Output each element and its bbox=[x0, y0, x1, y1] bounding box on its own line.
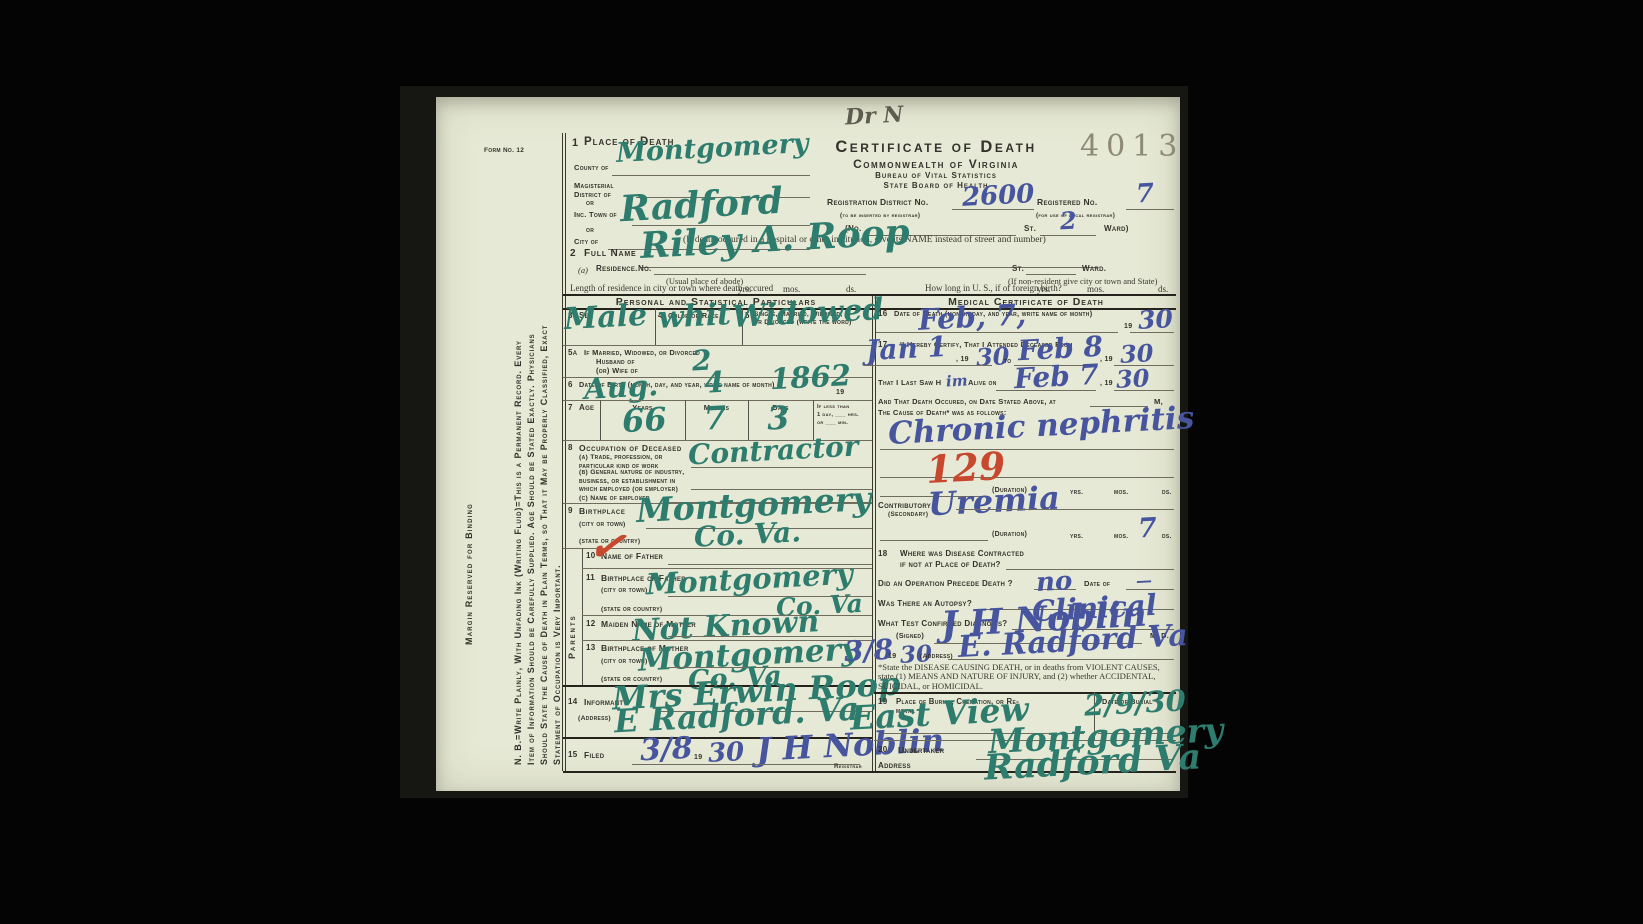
lastsaw-year-line bbox=[1114, 390, 1174, 391]
county-value: Montgomery bbox=[615, 130, 809, 167]
or-label-1: or bbox=[586, 200, 594, 207]
city-label: City of bbox=[574, 237, 598, 246]
mother-number: 12 bbox=[586, 619, 596, 628]
signed-label: (Signed) bbox=[896, 631, 924, 640]
undertaker-number: 20 bbox=[878, 745, 888, 754]
father-birthplace-city-label: (city or town) bbox=[601, 587, 648, 594]
birthplace-state-value: Co. Va. bbox=[693, 518, 801, 552]
occupation-a-line bbox=[691, 467, 872, 468]
length-mos-label: mos. bbox=[783, 284, 800, 294]
filed-19-print: 19 bbox=[694, 754, 702, 761]
duration-yrs-label: yrs. bbox=[1070, 489, 1083, 496]
sex-value: Male bbox=[563, 301, 648, 335]
informant-address-label: (Address) bbox=[578, 715, 611, 722]
lastsaw-value: Feb 7 bbox=[1013, 361, 1099, 393]
or-label-2: or bbox=[586, 227, 594, 234]
from-19-print: , 19 bbox=[956, 356, 969, 363]
dod-19-print: 19 bbox=[1124, 323, 1132, 330]
length-yrs-label: yrs. bbox=[738, 284, 751, 294]
dob-number: 6 bbox=[568, 380, 573, 389]
bureau-label: Bureau of Vital Statistics bbox=[820, 171, 1052, 180]
age-years-value: 66 bbox=[621, 403, 667, 437]
duration2-ds-label: ds. bbox=[1162, 533, 1172, 540]
fullname-label: Full Name bbox=[584, 248, 636, 259]
where-number: 18 bbox=[878, 549, 888, 558]
husband-of-label: Husband of bbox=[596, 357, 635, 366]
item5a-number: 5a bbox=[568, 348, 577, 357]
to-label: to bbox=[1004, 356, 1011, 365]
form-number: Form No. 12 bbox=[484, 147, 524, 154]
residence-st-line bbox=[1026, 274, 1076, 275]
residence-ward-label: Ward. bbox=[1082, 264, 1106, 273]
magisterial-district-label: Magisterial District of bbox=[574, 181, 614, 199]
from-line bbox=[864, 365, 992, 366]
item1-number: 1 bbox=[572, 137, 578, 149]
county-label: County of bbox=[574, 163, 609, 172]
age-ifless-label: If less than 1 day, ___ hrs. or ___ min. bbox=[817, 403, 859, 427]
lastsaw-him-hw: im bbox=[946, 373, 968, 389]
registration-district-label: Registration District No. bbox=[827, 197, 929, 207]
margin-nb-note: N. B.=Write Plainly, With Unfading Ink (… bbox=[512, 325, 564, 765]
fullname-line bbox=[640, 267, 1098, 268]
filed-line bbox=[632, 764, 860, 765]
father-birthplace-number: 11 bbox=[586, 573, 595, 582]
howlong-ds-label: ds. bbox=[1158, 284, 1168, 294]
where-label-1: Where was Disease Contracted bbox=[900, 549, 1024, 558]
duration2-ds-value: 7 bbox=[1137, 515, 1157, 543]
inc-town-label: Inc. Town of bbox=[574, 210, 617, 219]
duration-mos-label: mos. bbox=[1114, 489, 1128, 496]
dod-number: 16 bbox=[878, 309, 888, 318]
dob-19-print: 19 bbox=[836, 389, 844, 396]
occupation-number: 8 bbox=[568, 443, 573, 452]
parents-vertical-label: Parents bbox=[567, 614, 577, 659]
sex-race-divider bbox=[655, 308, 656, 345]
dod-year-value: 30 bbox=[1137, 306, 1173, 333]
mother-birthplace-number: 13 bbox=[586, 643, 596, 652]
occupation-label: Occupation of Deceased bbox=[579, 443, 682, 453]
race-value: whit bbox=[657, 300, 731, 334]
filed-year-value: 30 bbox=[707, 739, 744, 767]
where-label-2: if not at Place of Death? bbox=[900, 560, 1001, 569]
undertaker-label: Undertaker bbox=[898, 745, 944, 755]
registered-no-line bbox=[1126, 209, 1174, 210]
nb-line-1: N. B.=Write Plainly, With Unfading Ink (… bbox=[512, 325, 525, 765]
operation-label: Did an Operation Precede Death ? bbox=[878, 579, 1013, 588]
pencil-note: Dr N bbox=[844, 103, 904, 128]
age-days-value: 3 bbox=[766, 401, 790, 434]
filed-number: 15 bbox=[568, 750, 578, 759]
dod-year-line bbox=[1130, 332, 1174, 333]
age-number: 7 bbox=[568, 403, 573, 412]
duration2-yrs-label: yrs. bbox=[1070, 533, 1083, 540]
contributory-value: Uremia bbox=[927, 482, 1060, 521]
lastsaw-year-value: 30 bbox=[1115, 366, 1150, 392]
row-rule bbox=[563, 345, 872, 346]
howlong-mos-label: mos. bbox=[1087, 284, 1104, 294]
residence-st-label: St. bbox=[1012, 264, 1024, 273]
sign-19-print: 19 bbox=[888, 653, 896, 660]
birthplace-number: 9 bbox=[568, 506, 573, 515]
scan-background: Form No. 12 Margin Reserved for Binding … bbox=[0, 0, 1643, 924]
undertaker-address-label: Address bbox=[878, 761, 911, 770]
registrar-label: Registrar bbox=[834, 763, 862, 770]
certificate-number-stamp: 4013 bbox=[1080, 129, 1184, 164]
occupation-a-value: Contractor bbox=[687, 433, 859, 470]
item5a-label: If Married, Widowed, or Divorced bbox=[584, 348, 700, 357]
informant-number: 14 bbox=[568, 697, 578, 706]
residence-no-line bbox=[654, 274, 866, 275]
age-months-value: 7 bbox=[703, 401, 727, 434]
to-19-print: , 19 bbox=[1100, 356, 1113, 363]
dateof-label: Date of bbox=[1084, 579, 1110, 588]
commonwealth-subtitle: Commonwealth of Virginia bbox=[820, 157, 1052, 171]
marital-value: Widowed bbox=[731, 295, 884, 333]
contributory-line bbox=[956, 509, 1174, 510]
certificate-title: Certificate of Death bbox=[820, 138, 1052, 157]
duration2-mos-label: mos. bbox=[1114, 533, 1128, 540]
lastsaw-label: That I Last Saw H bbox=[878, 378, 941, 387]
st-label: St. bbox=[1024, 224, 1036, 233]
registration-district-value: 2600 bbox=[961, 181, 1035, 211]
nb-line-3: Should State the Cause of Death in Plain… bbox=[538, 325, 551, 765]
secondary-label: (Secondary) bbox=[888, 511, 928, 518]
death-certificate-document: Form No. 12 Margin Reserved for Binding … bbox=[436, 97, 1180, 791]
sign-address-value: E. Radford Va bbox=[957, 621, 1188, 663]
death-occurred-label: And That Death Occured, on Date Stated A… bbox=[878, 397, 1056, 406]
alive-on-label: Alive on bbox=[968, 378, 997, 387]
undertaker-address-value: Radford Va bbox=[983, 739, 1202, 785]
howlong-yrs-label: yrs. bbox=[1037, 284, 1050, 294]
dateof-value: — bbox=[1136, 573, 1153, 590]
lastsaw-line bbox=[996, 390, 1096, 391]
residence-label: Residence. bbox=[596, 264, 638, 273]
fullname-number: 2 bbox=[570, 248, 576, 259]
attended-from-value: Jan 1 bbox=[865, 333, 947, 365]
lastsaw-19-print: , 19 bbox=[1100, 380, 1113, 387]
birthplace-label: Birthplace bbox=[579, 506, 625, 516]
ward-label: Ward) bbox=[1104, 224, 1129, 233]
age-label: Age bbox=[579, 403, 594, 412]
filed-date-value: 3/8 bbox=[639, 734, 693, 767]
form-left-rule bbox=[562, 133, 566, 771]
nb-line-2: Item of Information Should be Carefully … bbox=[525, 325, 538, 765]
cause-line-2 bbox=[880, 477, 1174, 478]
registered-no-value: 7 bbox=[1135, 181, 1154, 208]
filed-label: Filed bbox=[584, 750, 604, 760]
contributory-label: Contributory bbox=[878, 501, 931, 510]
margin-binding-note: Margin Reserved for Binding bbox=[464, 503, 474, 645]
ward-value: 2 bbox=[1059, 209, 1077, 234]
father-checkmark: ✓ bbox=[585, 523, 628, 572]
sign-address-line bbox=[948, 659, 1174, 660]
duration-ds-label: ds. bbox=[1162, 489, 1172, 496]
county-line bbox=[612, 175, 810, 176]
residence-a-label: (a) bbox=[578, 265, 588, 275]
residence-no-label: No. bbox=[638, 264, 652, 273]
duration2-label: (Duration) bbox=[992, 531, 1027, 538]
duration2-line bbox=[880, 540, 988, 541]
